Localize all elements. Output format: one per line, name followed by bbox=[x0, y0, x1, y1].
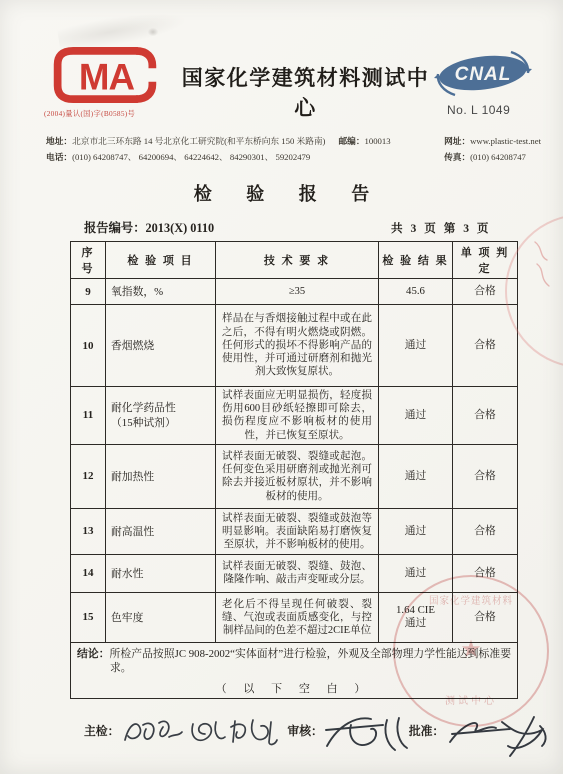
row-verdict: 合格 bbox=[453, 554, 518, 592]
col-header-result: 检 验 结 果 bbox=[379, 242, 453, 279]
row-no: 10 bbox=[71, 305, 106, 387]
table-header-row: 序 号 检 验 项 目 技 术 要 求 检 验 结 果 单 项 判 定 bbox=[71, 242, 518, 279]
address-label: 地址： bbox=[46, 136, 72, 146]
col-header-requirement: 技 术 要 求 bbox=[216, 242, 379, 279]
conclusion-value: 所检产品按照JC 908-2002“实体面材”进行检验，外观及全部物理力学性能达… bbox=[110, 648, 511, 675]
table-row: 9 氧指数，% ≥35 45.6 合格 bbox=[71, 279, 518, 305]
fax-value: (010) 64208747 bbox=[470, 152, 526, 162]
report-number-value: 2013(X) 0110 bbox=[146, 221, 215, 235]
table-row: 13 耐高温性 试样表面无破裂、裂缝或鼓泡等明显影响。表面缺陷易打磨恢复至原状，… bbox=[71, 508, 518, 554]
row-result: 通过 bbox=[379, 554, 453, 592]
row-result: 1.64 CIE 通过 bbox=[379, 592, 453, 642]
report-meta: 报告编号：2013(X) 0110 共 3 页 第 3 页 bbox=[84, 218, 491, 236]
cma-logo-icon: MA bbox=[52, 46, 158, 104]
contact-block: 地址：北京市北三环东路 14 号北京化工研究院(和平东桥向东 150 米路南)邮… bbox=[46, 134, 541, 165]
row-result: 通过 bbox=[379, 305, 453, 387]
scan-smudge bbox=[148, 28, 158, 36]
row-result: 通过 bbox=[379, 387, 453, 445]
row-no: 15 bbox=[71, 592, 106, 642]
table-row: 10 香烟燃烧 样品在与香烟接触过程中或在此之后，不得有明火燃烧或阴燃。任何形式… bbox=[71, 305, 518, 387]
table-row: 12 耐加热性 试样表面无破裂、裂缝或起泡。任何变色采用研磨剂或抛光剂可除去并接… bbox=[71, 444, 518, 508]
inspector-signature bbox=[119, 712, 287, 754]
row-requirement: 试样表面应无明显损伤，轻度损伤用600目砂纸轻擦即可除去，损伤程度应不影响板材的… bbox=[216, 387, 379, 445]
contact-left: 地址：北京市北三环东路 14 号北京化工研究院(和平东桥向东 150 米路南)邮… bbox=[46, 134, 391, 165]
approver-signature bbox=[444, 712, 550, 760]
row-result: 45.6 bbox=[379, 279, 453, 305]
col-header-item: 检 验 项 目 bbox=[106, 242, 216, 279]
address-line: 地址：北京市北三环东路 14 号北京化工研究院(和平东桥向东 150 米路南)邮… bbox=[46, 134, 391, 150]
postcode-value: 100013 bbox=[365, 136, 391, 146]
fax-label: 传真： bbox=[444, 152, 470, 162]
org-name: 国家化学建筑材料测试中心 bbox=[178, 62, 433, 122]
cnal-number: No. L 1049 bbox=[447, 103, 535, 117]
letterhead: MA (2004)量认(国)字(B0585)号 国家化学建筑材料测试中心 CNA… bbox=[44, 46, 535, 122]
col-header-no: 序 号 bbox=[71, 242, 106, 279]
row-result: 通过 bbox=[379, 508, 453, 554]
cma-cert-number: (2004)量认(国)字(B0585)号 bbox=[44, 109, 176, 119]
phone-line: 电话：(010) 64208747、 64200694、 64224642、 8… bbox=[46, 150, 391, 166]
row-item: 耐化学药品性 （15种试剂） bbox=[106, 387, 216, 445]
blank-below-note: （ 以 下 空 白 ） bbox=[77, 680, 511, 696]
conclusion-cell: 结论：所检产品按照JC 908-2002“实体面材”进行检验，外观及全部物理力学… bbox=[71, 642, 518, 698]
results-table: 序 号 检 验 项 目 技 术 要 求 检 验 结 果 单 项 判 定 9 氧指… bbox=[70, 241, 518, 699]
table-row: 15 色牢度 老化后不得呈现任何破裂、裂缝、气泡或表面质感变化，与控制样品间的色… bbox=[71, 592, 518, 642]
page-count: 共 3 页 第 3 页 bbox=[391, 220, 491, 236]
row-requirement: 老化后不得呈现任何破裂、裂缝、气泡或表面质感变化，与控制样品间的色差不超过2CI… bbox=[216, 592, 379, 642]
postcode-label: 邮编： bbox=[338, 136, 364, 146]
row-no: 11 bbox=[71, 387, 106, 445]
row-verdict: 合格 bbox=[453, 508, 518, 554]
row-item: 香烟燃烧 bbox=[106, 305, 216, 387]
cnal-block: CNAL No. L 1049 bbox=[433, 46, 535, 117]
approver-label: 批准： bbox=[409, 722, 444, 739]
row-verdict: 合格 bbox=[453, 387, 518, 445]
row-no: 13 bbox=[71, 508, 106, 554]
row-no: 14 bbox=[71, 554, 106, 592]
signature-row: 主检： 审核： 批准： bbox=[84, 712, 563, 760]
row-item: 氧指数，% bbox=[106, 279, 216, 305]
cnal-logo-text: CNAL bbox=[455, 64, 512, 85]
col-header-verdict: 单 项 判 定 bbox=[453, 242, 518, 279]
conclusion-row: 结论：所检产品按照JC 908-2002“实体面材”进行检验，外观及全部物理力学… bbox=[71, 642, 518, 698]
website-line: 网址：www.plastic-test.net bbox=[444, 134, 541, 150]
report-title: 检 验 报 告 bbox=[0, 180, 563, 206]
phone-value: (010) 64208747、 64200694、 64224642、 8429… bbox=[72, 152, 310, 162]
edge-red-marks bbox=[529, 238, 555, 290]
row-verdict: 合格 bbox=[453, 305, 518, 387]
row-requirement: 试样表面无破裂、裂缝或起泡。任何变色采用研磨剂或抛光剂可除去并接近板材原状，并不… bbox=[216, 444, 379, 508]
row-verdict: 合格 bbox=[453, 592, 518, 642]
row-no: 12 bbox=[71, 444, 106, 508]
cma-logo-text: MA bbox=[79, 57, 135, 98]
row-no: 9 bbox=[71, 279, 106, 305]
table-row: 14 耐水性 试样表面无破裂、裂缝、鼓泡、隆隆作响、敲击声变哑或分层。 通过 合… bbox=[71, 554, 518, 592]
row-item: 耐水性 bbox=[106, 554, 216, 592]
row-item: 耐高温性 bbox=[106, 508, 216, 554]
contact-right: 网址：www.plastic-test.net 传真：(010) 6420874… bbox=[444, 134, 541, 165]
row-item: 耐加热性 bbox=[106, 444, 216, 508]
row-requirement: 试样表面无破裂、裂缝、鼓泡、隆隆作响、敲击声变哑或分层。 bbox=[216, 554, 379, 592]
cma-block: MA (2004)量认(国)字(B0585)号 bbox=[44, 46, 176, 119]
row-item: 色牢度 bbox=[106, 592, 216, 642]
row-result: 通过 bbox=[379, 444, 453, 508]
report-number: 报告编号：2013(X) 0110 bbox=[84, 218, 214, 236]
inspector-label: 主检： bbox=[84, 722, 119, 739]
phone-label: 电话： bbox=[46, 152, 72, 162]
reviewer-signature bbox=[323, 712, 409, 758]
conclusion-label: 结论： bbox=[77, 648, 110, 660]
conclusion-text: 结论：所检产品按照JC 908-2002“实体面材”进行检验，外观及全部物理力学… bbox=[77, 647, 511, 676]
row-verdict: 合格 bbox=[453, 444, 518, 508]
address-value: 北京市北三环东路 14 号北京化工研究院(和平东桥向东 150 米路南) bbox=[72, 136, 325, 146]
row-requirement: ≥35 bbox=[216, 279, 379, 305]
table-row: 11 耐化学药品性 （15种试剂） 试样表面应无明显损伤，轻度损伤用600目砂纸… bbox=[71, 387, 518, 445]
cnal-logo-icon: CNAL bbox=[433, 46, 533, 102]
fax-line: 传真：(010) 64208747 bbox=[444, 150, 541, 166]
website-value: www.plastic-test.net bbox=[470, 136, 541, 146]
row-requirement: 试样表面无破裂、裂缝或鼓泡等明显影响。表面缺陷易打磨恢复至原状，并不影响板材的使… bbox=[216, 508, 379, 554]
row-verdict: 合格 bbox=[453, 279, 518, 305]
row-requirement: 样品在与香烟接触过程中或在此之后，不得有明火燃烧或阴燃。任何形式的损坏不得影响产… bbox=[216, 305, 379, 387]
report-page: MA (2004)量认(国)字(B0585)号 国家化学建筑材料测试中心 CNA… bbox=[0, 0, 563, 774]
reviewer-label: 审核： bbox=[287, 722, 322, 739]
report-number-label: 报告编号： bbox=[84, 221, 146, 235]
website-label: 网址： bbox=[444, 136, 470, 146]
